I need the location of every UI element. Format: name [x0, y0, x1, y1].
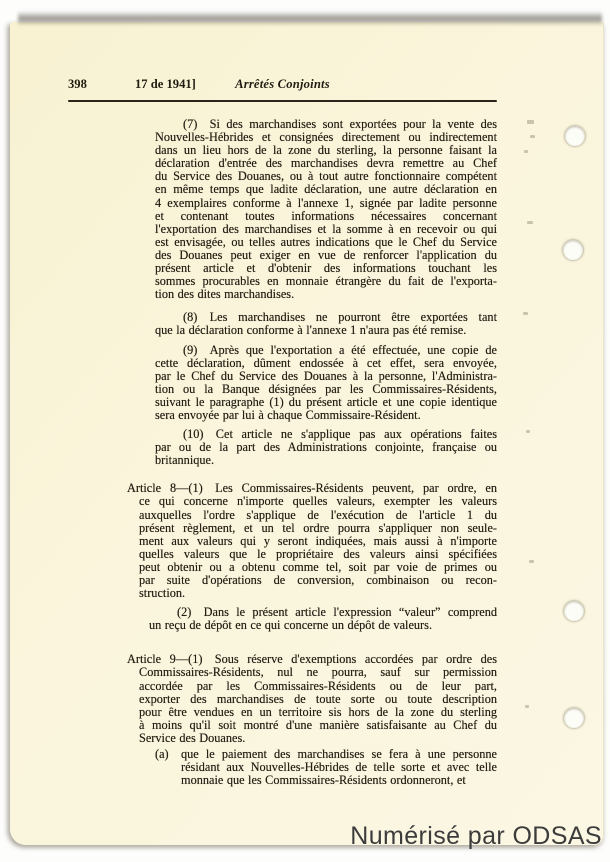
text-line: tion ou la Banque désignées par les Comm…	[155, 383, 497, 396]
text-line: struction.	[139, 587, 497, 600]
text-line: que la déclaration conforme à l'annexe 1…	[155, 324, 497, 337]
text-line: (9) Après que l'exportation a été effect…	[155, 344, 497, 357]
paragraph: (2) Dans le présent article l'expression…	[149, 606, 497, 632]
text-line: britannique.	[155, 454, 497, 467]
punch-hole	[564, 125, 586, 147]
scan-artifact	[523, 312, 528, 315]
text-line: Service des Douanes.	[139, 732, 497, 745]
paragraph: (7) Si des marchandises sont exportées p…	[155, 118, 497, 301]
page-body: (7) Si des marchandises sont exportées p…	[127, 118, 497, 787]
text-line: cette déclaration, dûment endossée à cet…	[155, 357, 497, 370]
paragraph: (9) Après que l'exportation a été effect…	[155, 344, 497, 423]
scan-edge-shadow	[18, 11, 602, 25]
text-line: en même temps que ladite déclaration, un…	[155, 183, 497, 196]
text-line: sera envoyée par lui à chaque Commissair…	[155, 409, 497, 422]
text-line: Commissaires-Résidents, nul ne pourra, s…	[139, 666, 497, 679]
text-line: tion des dites marchandises.	[155, 288, 497, 301]
text-line: présent règlement, et un tel ordre pourr…	[139, 522, 497, 535]
text-line: exporter des marchandises de toute sorte…	[139, 693, 497, 706]
page-header: 398 17 de 1941] Arrêtés Conjoints	[68, 77, 497, 93]
text-line: accordée par les Commissaires-Résidents …	[139, 680, 497, 693]
scan-artifact	[529, 560, 534, 563]
text-line: un reçu de dépôt en ce qui concerne un d…	[149, 619, 497, 632]
issue-reference: 17 de 1941]	[135, 77, 196, 92]
odsas-watermark: Numérisé par ODSAS	[350, 822, 602, 851]
scan-canvas: 398 17 de 1941] Arrêtés Conjoints (7) Si…	[0, 0, 610, 862]
text-line: ment aux valeurs qui y seront indiquées,…	[139, 535, 497, 548]
punch-hole	[563, 707, 585, 729]
text-line: par suite d'opérations de conversion, co…	[139, 574, 497, 587]
text-line: pour être vendues en un territoire sis h…	[139, 706, 497, 719]
paragraph: (10) Cet article ne s'applique pas aux o…	[155, 428, 497, 467]
text-line: quelles valeurs que le propriétaire des …	[139, 548, 497, 561]
text-line: 4 exemplaires conforme à l'annexe 1, sig…	[155, 197, 497, 210]
text-line: et contenant toutes informations nécessa…	[155, 210, 497, 223]
text-line: est envisagée, ou telles autres indicati…	[155, 236, 497, 249]
text-line: auxquelles l'ordre s'applique de l'exécu…	[139, 509, 497, 522]
scan-artifact	[527, 221, 533, 224]
scan-artifact	[524, 150, 528, 153]
page-number: 398	[68, 77, 87, 92]
punch-hole	[562, 239, 584, 261]
paragraph: (8) Les marchandises ne pourront être ex…	[155, 311, 497, 337]
punch-hole	[563, 600, 585, 622]
scan-artifact	[530, 135, 535, 138]
text-line: suivant le paragraphe (1) du présent art…	[155, 396, 497, 409]
running-title: Arrêtés Conjoints	[68, 77, 497, 92]
text-line: par le Chef du Service des Douanes à la …	[155, 370, 497, 383]
scan-artifact	[525, 705, 529, 708]
text-line: l'exportation des marchandises et la som…	[155, 223, 497, 236]
header-rule	[68, 100, 497, 102]
document-page: 398 17 de 1941] Arrêtés Conjoints (7) Si…	[10, 22, 604, 845]
text-line: ce qui concerne n'importe quelles valeur…	[139, 495, 497, 508]
scan-artifact	[526, 430, 530, 433]
text-line: monnaie que les Commissaires-Résidents o…	[181, 774, 497, 787]
scan-artifact	[527, 120, 534, 124]
paragraph: Article 8—(1) Les Commissaires-Résidents…	[139, 482, 497, 600]
paragraph: (a) que le paiement des marchandises se …	[181, 748, 497, 787]
paragraph: Article 9—(1) Sous réserve d'exemptions …	[139, 653, 497, 745]
text-line: à moins qu'il soit montré d'une manière …	[139, 719, 497, 732]
